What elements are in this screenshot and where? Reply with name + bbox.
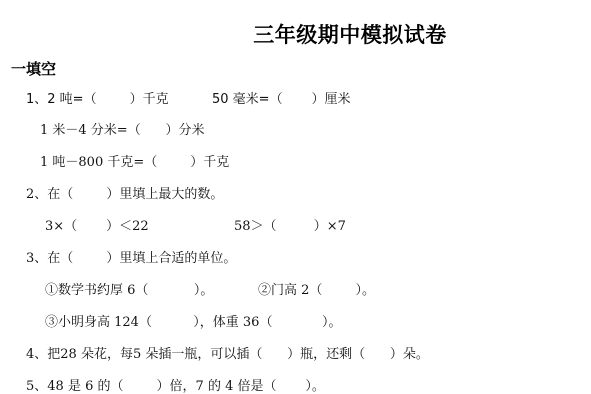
question-1-part-a: 1、2 吨=（ ）千克	[26, 92, 169, 108]
question-5: 5、48 是 6 的（ ）倍，7 的 4 倍是（ ）。	[26, 379, 325, 394]
question-1-part-c: 1 米－4 分米=（ ）分米	[40, 123, 205, 139]
question-2-part-a: 3×（ ）＜22	[45, 219, 149, 235]
section-heading: 一填空	[11, 58, 56, 79]
question-1-part-b: 50 毫米=（ ）厘米	[212, 92, 351, 108]
question-3-part-a: ①数学书约厚 6（ ）。	[45, 283, 213, 299]
question-3-part-c: ③小明身高 124（ ），体重 36（ ）。	[45, 315, 342, 331]
question-1-part-d: 1 吨－800 千克=（ ）千克	[40, 155, 229, 171]
question-2-prompt: 2、在（ ）里填上最大的数。	[26, 187, 223, 203]
question-4: 4、把28 朵花，每5 朵插一瓶，可以插（ ）瓶，还剩（ ）朵。	[26, 347, 429, 363]
question-3-prompt: 3、在（ ）里填上合适的单位。	[26, 251, 236, 267]
question-3-part-b: ②门高 2（ ）。	[258, 283, 375, 299]
question-2-part-b: 58＞（ ）×7	[234, 219, 346, 235]
page-title: 三年级期中模拟试卷	[0, 19, 591, 49]
